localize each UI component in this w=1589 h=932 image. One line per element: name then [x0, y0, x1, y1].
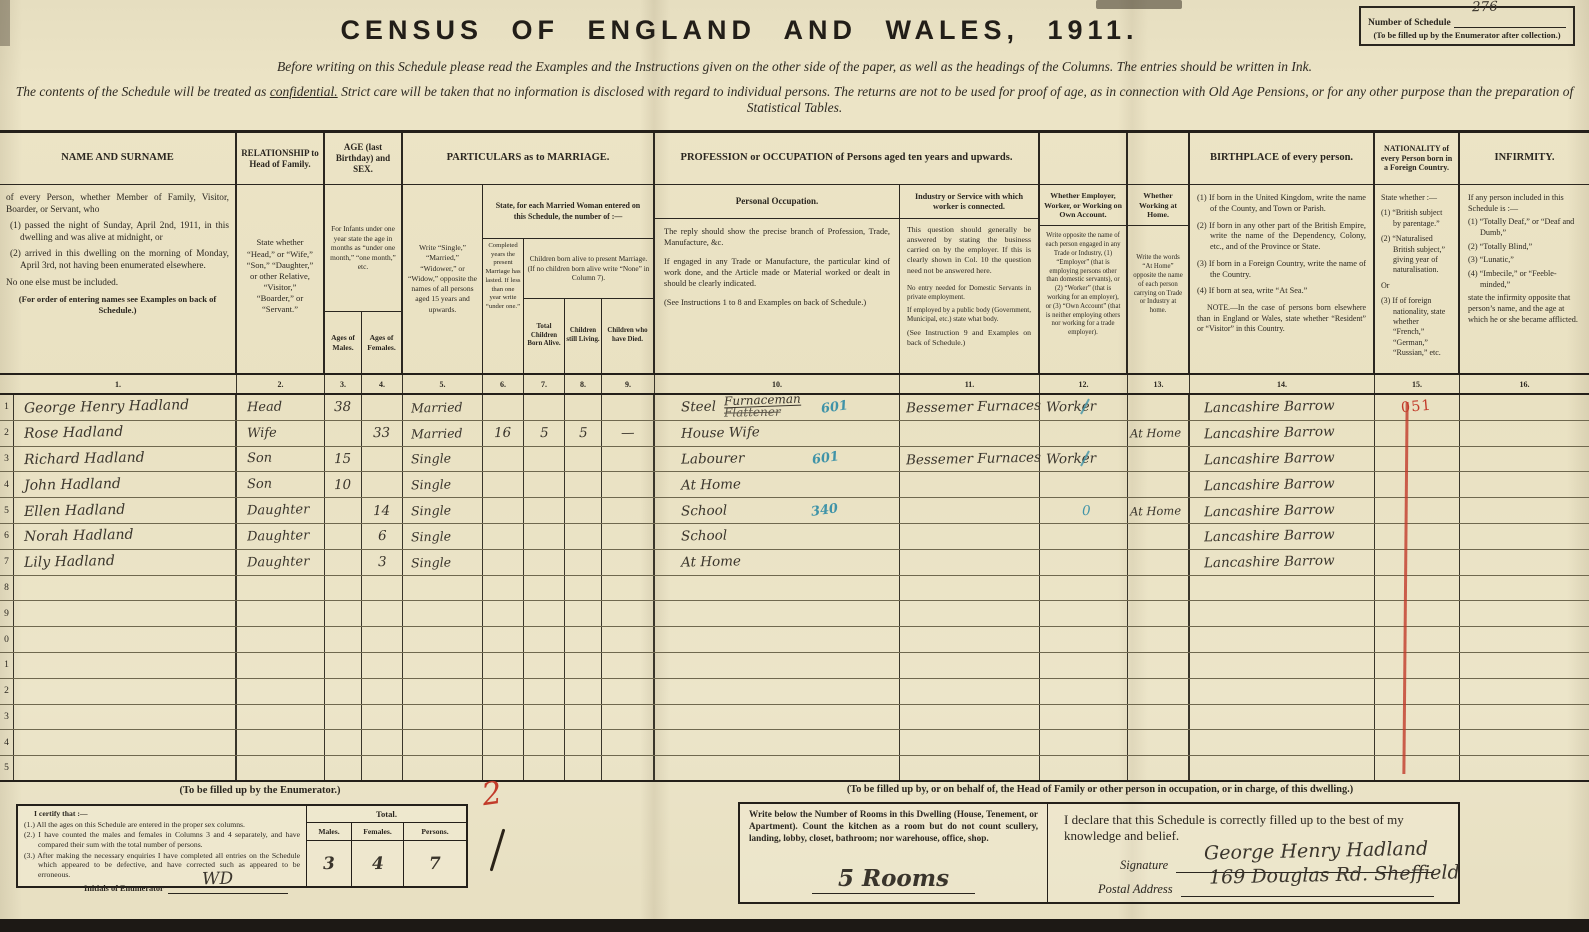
col-header-relationship: RELATIONSHIP to Head of Family. State wh… — [237, 133, 325, 373]
cell-children-died — [602, 524, 655, 549]
cell — [524, 679, 565, 704]
females-total: 4 — [352, 841, 404, 886]
certify-item-1: (1.) All the ages on this Schedule are e… — [24, 820, 300, 830]
rooms-entry: 5 Rooms — [812, 865, 975, 894]
cell-employment-status — [1040, 550, 1128, 575]
clerk-code-mark: 340 — [810, 501, 839, 520]
col-desc-occupation-p2: If engaged in any Trade or Manufacture, … — [664, 257, 890, 290]
cell-working-at-home — [1128, 550, 1190, 575]
col-desc-birthplace-1: (1) If born in the United Kingdom, write… — [1197, 193, 1366, 215]
cell — [362, 679, 403, 704]
cell-occupation: House Wife — [655, 421, 900, 446]
cell — [1040, 679, 1128, 704]
col-desc-nationality-intro: State whether :— — [1381, 193, 1452, 203]
cell — [14, 576, 237, 601]
cell — [900, 576, 1040, 601]
cell-children-born — [524, 472, 565, 497]
cell-age-male: 38 — [325, 395, 362, 420]
column-number: 7. — [524, 375, 565, 393]
col-subtitle-children-living: Children still Living. — [565, 299, 602, 373]
cell — [900, 756, 1040, 780]
cell — [524, 756, 565, 780]
employment-entry: 0 — [1082, 502, 1091, 518]
row-number: 5 — [0, 498, 14, 523]
cell — [655, 576, 900, 601]
cell — [362, 730, 403, 755]
marital-entry: Married — [403, 425, 463, 441]
row-number: 1 — [0, 395, 14, 420]
cell — [900, 653, 1040, 678]
cell — [1460, 627, 1589, 652]
col-desc-name-note1: No one else must be included. — [6, 278, 229, 290]
cell — [237, 576, 325, 601]
occupation-entry: School — [681, 528, 727, 545]
persons-total: 7 — [404, 841, 466, 886]
cell-industry — [900, 550, 1040, 575]
cell — [602, 730, 655, 755]
cell — [1040, 756, 1128, 780]
cell-employment-status — [1040, 472, 1128, 497]
col-title-relationship: RELATIONSHIP to Head of Family. — [237, 133, 323, 185]
cell — [524, 653, 565, 678]
relationship-entry: Head — [237, 399, 282, 415]
cell — [237, 627, 325, 652]
occupation-entry: House Wife — [681, 424, 760, 442]
cell — [655, 601, 900, 626]
cell-working-at-home — [1128, 524, 1190, 549]
cell-relationship: Daughter — [237, 524, 325, 549]
name-entry: Richard Hadland — [14, 450, 145, 469]
females-header: Females. — [352, 823, 404, 840]
table-row: 0 — [0, 627, 1589, 653]
cell — [483, 601, 524, 626]
cell-age-female: 6 — [362, 524, 403, 549]
table-row: 5 — [0, 756, 1589, 782]
col-desc-marriage-single: Write “Single,” “Married,” “Widower,” or… — [407, 243, 478, 315]
age-entry: 15 — [334, 451, 352, 467]
tally-stroke-mark — [490, 829, 506, 872]
cell-children-born — [524, 550, 565, 575]
occupation-entry: Steel — [681, 399, 716, 416]
col-desc-married-woman: State, for each Married Woman entered on… — [483, 185, 653, 239]
col-blank-band — [1128, 133, 1188, 185]
col-desc-nationality-1: (1) “British subject by parentage.” — [1381, 208, 1452, 229]
cell — [403, 756, 483, 780]
cell — [565, 627, 602, 652]
relationship-entry: Son — [237, 477, 272, 493]
bottom-section: (To be filled up by the Enumerator.) I c… — [0, 780, 1589, 919]
cell — [403, 730, 483, 755]
cell-nationality — [1375, 421, 1460, 446]
cell-name: John Hadland — [14, 472, 237, 497]
col-title-age: AGE (last Birthday) and SEX. — [325, 133, 401, 185]
table-row: 3 — [0, 705, 1589, 731]
cell — [325, 679, 362, 704]
column-number: 16. — [1460, 375, 1589, 393]
cell — [602, 653, 655, 678]
cell — [403, 627, 483, 652]
cell-children-died — [602, 550, 655, 575]
cell — [483, 730, 524, 755]
cell-age-female — [362, 472, 403, 497]
col-header-age: AGE (last Birthday) and SEX. For Infants… — [325, 133, 403, 373]
cell — [655, 756, 900, 780]
household-box: Write below the Number of Rooms in this … — [738, 802, 1460, 904]
occupation-entry: Labourer — [681, 450, 745, 467]
cell — [1460, 705, 1589, 730]
marital-entry: Single — [403, 451, 451, 467]
cell-employment-status — [1040, 421, 1128, 446]
cell-age-male — [325, 524, 362, 549]
cell-children-died — [602, 498, 655, 523]
cell — [1190, 576, 1375, 601]
cell-industry — [900, 498, 1040, 523]
row-number: 2 — [0, 679, 14, 704]
table-row: 4 — [0, 730, 1589, 756]
cell — [900, 705, 1040, 730]
cell — [237, 705, 325, 730]
cell-children-died — [602, 395, 655, 420]
table-header: NAME AND SURNAME of every Person, whethe… — [0, 133, 1589, 375]
cell — [602, 679, 655, 704]
col-desc-children-born: Children born alive to present Marriage.… — [524, 239, 653, 299]
cell-age-female — [362, 447, 403, 472]
relationship-entry: Son — [237, 451, 272, 467]
col-desc-infirmity-4: (4) “Imbecile,” or “Feeble-minded,” — [1468, 269, 1581, 290]
birthplace-entry: Lancashire Barrow — [1204, 398, 1335, 417]
marital-entry: Single — [403, 554, 451, 570]
column-number: 4. — [362, 375, 403, 393]
cell — [1460, 576, 1589, 601]
cell-age-female: 3 — [362, 550, 403, 575]
cell — [655, 653, 900, 678]
cell-children-born — [524, 498, 565, 523]
birthplace-entry: Lancashire Barrow — [1204, 553, 1335, 572]
age-entry: 14 — [373, 502, 391, 518]
col-desc-industry-p1: This question should generally be answer… — [907, 225, 1031, 276]
age-entry: 33 — [373, 425, 391, 441]
cell — [403, 705, 483, 730]
cell-employment-status: Worker — [1040, 395, 1128, 420]
page-title: CENSUS OF ENGLAND AND WALES, 1911. — [0, 0, 1534, 46]
cell-working-at-home: At Home — [1128, 498, 1190, 523]
cell-marital-status: Single — [403, 524, 483, 549]
cell-employment-status — [1040, 524, 1128, 549]
children-died-entry: — — [621, 425, 635, 441]
cell-industry: Bessemer Furnaces — [900, 447, 1040, 472]
cell — [1128, 576, 1190, 601]
cell-working-at-home: At Home — [1128, 421, 1190, 446]
col-desc-infirmity-intro: If any person included in this Schedule … — [1468, 193, 1581, 214]
enumerator-initials: WD — [202, 869, 234, 891]
cell — [1375, 653, 1460, 678]
cell — [362, 601, 403, 626]
cell — [483, 705, 524, 730]
red-count-mark: 2 — [480, 775, 505, 813]
col-desc-birthplace-2: (2) If born in any other part of the Bri… — [1197, 221, 1366, 253]
cell — [900, 627, 1040, 652]
occupation-entry: School — [681, 502, 727, 519]
bottom-scan-bar — [0, 919, 1589, 932]
cell — [602, 576, 655, 601]
cell-children-born — [524, 395, 565, 420]
row-number: 4 — [0, 472, 14, 497]
cell-occupation: Labourer601 — [655, 447, 900, 472]
cell-relationship: Head — [237, 395, 325, 420]
cell-working-at-home — [1128, 395, 1190, 420]
cell-nationality — [1375, 524, 1460, 549]
birthplace-entry: Lancashire Barrow — [1204, 501, 1335, 520]
address-entry: 169 Douglas Rd. Sheffield — [1208, 861, 1459, 888]
totals-title: Total. — [307, 806, 466, 823]
clerk-code-mark: 601 — [811, 450, 840, 469]
cell-industry — [900, 421, 1040, 446]
cell-birthplace: Lancashire Barrow — [1190, 498, 1375, 523]
cell — [1190, 705, 1375, 730]
schedule-number-note: (To be filled up by the Enumerator after… — [1368, 31, 1566, 41]
cell — [655, 730, 900, 755]
cell — [565, 756, 602, 780]
row-number: 8 — [0, 576, 14, 601]
column-number: 13. — [1128, 375, 1190, 393]
cell-relationship: Son — [237, 447, 325, 472]
col-desc-infirmity-outro: state the infirmity opposite that person… — [1468, 293, 1581, 325]
cell — [565, 653, 602, 678]
col-desc-name-note2: (For order of entering names see Example… — [6, 294, 229, 315]
cell — [1375, 730, 1460, 755]
col-desc-infirmity-2: (2) “Totally Blind,” — [1468, 242, 1581, 253]
cell — [900, 679, 1040, 704]
cell — [1128, 627, 1190, 652]
cell-working-at-home — [1128, 447, 1190, 472]
cell-name: George Henry Hadland — [14, 395, 237, 420]
cell — [565, 601, 602, 626]
col-desc-occupation-p3: (See Instructions 1 to 8 and Examples on… — [664, 298, 890, 309]
col-title-working-at-home: Whether Working at Home. — [1128, 191, 1188, 226]
col-title-marriage: PARTICULARS as to MARRIAGE. — [403, 133, 653, 185]
col-desc-birthplace-4: (4) If born at sea, write “At Sea.” — [1197, 286, 1366, 297]
cell-years-married — [483, 524, 524, 549]
relationship-entry: Daughter — [237, 502, 310, 519]
cell — [1460, 679, 1589, 704]
instruction-line-1: Before writing on this Schedule please r… — [0, 59, 1589, 75]
cell — [14, 653, 237, 678]
cell-children-living — [565, 524, 602, 549]
cell — [565, 576, 602, 601]
table-row: 5 Ellen Hadland Daughter 14 Single Schoo… — [0, 498, 1589, 524]
col-title-name: NAME AND SURNAME — [0, 133, 235, 185]
table-rows: 1 George Henry Hadland Head 38 Married S… — [0, 395, 1589, 782]
age-entry: 3 — [378, 554, 387, 570]
cell — [524, 601, 565, 626]
cell-marital-status: Single — [403, 472, 483, 497]
rooms-entry-wrap: 5 Rooms — [740, 864, 1047, 894]
cell-employment-status: Worker — [1040, 447, 1128, 472]
cell-years-married — [483, 447, 524, 472]
cell-nationality — [1375, 472, 1460, 497]
cell — [237, 653, 325, 678]
cell — [325, 756, 362, 780]
col-desc-age: For Infants under one year state the age… — [325, 185, 401, 311]
cell — [1040, 730, 1128, 755]
totals-table: Total. Males. Females. Persons. 3 4 7 — [306, 806, 466, 886]
cell — [565, 679, 602, 704]
col-header-working-at-home: Whether Working at Home. Write the words… — [1128, 133, 1190, 373]
schedule-number-value: 276 — [1472, 0, 1498, 15]
cell — [325, 601, 362, 626]
col-subtitle-children-born: Total Children Born Alive. — [524, 299, 565, 373]
cell — [1375, 576, 1460, 601]
col-subtitle-personal-occupation: Personal Occupation. — [655, 185, 899, 219]
cell-age-male — [325, 498, 362, 523]
cell — [1040, 576, 1128, 601]
col-desc-nationality-2: (2) “Naturalised British subject,” givin… — [1381, 234, 1452, 276]
relationship-entry: Daughter — [237, 528, 310, 545]
cell-working-at-home — [1128, 472, 1190, 497]
table-row: 2 — [0, 679, 1589, 705]
cell — [655, 627, 900, 652]
cell — [524, 627, 565, 652]
cell — [1190, 627, 1375, 652]
marital-entry: Single — [403, 477, 451, 493]
cell — [483, 576, 524, 601]
marital-entry: Single — [403, 503, 451, 519]
cell-age-female — [362, 395, 403, 420]
signature-entry: George Henry Hadland — [1204, 838, 1429, 865]
col-desc-name-item1: (1) passed the night of Sunday, April 2n… — [6, 221, 229, 244]
cell-infirmity — [1460, 498, 1589, 523]
row-number: 7 — [0, 550, 14, 575]
cell-age-female: 14 — [362, 498, 403, 523]
cell — [483, 627, 524, 652]
row-number: 3 — [0, 447, 14, 472]
cell-marital-status: Single — [403, 447, 483, 472]
col-desc-nationality-or: Or — [1381, 281, 1452, 291]
cell-occupation: SteelFurnacemanFlattener601 — [655, 395, 900, 420]
table-row: 7 Lily Hadland Daughter 3 Single At Home… — [0, 550, 1589, 576]
col-desc-infirmity-3: (3) “Lunatic,” — [1468, 255, 1581, 266]
col-desc-working-at-home: Write the words “At Home” opposite the n… — [1132, 232, 1184, 316]
cell-children-born: 5 — [524, 421, 565, 446]
cell — [1460, 653, 1589, 678]
col-header-nationality: NATIONALITY of every Person born in a Fo… — [1375, 133, 1460, 373]
cell-infirmity — [1460, 550, 1589, 575]
cell-years-married — [483, 395, 524, 420]
col-subtitle-ages-males: Ages of Males. — [325, 312, 362, 373]
column-number: 5. — [403, 375, 483, 393]
birthplace-entry: Lancashire Barrow — [1204, 527, 1335, 546]
col-desc-industry-p4: (See Instruction 9 and Examples on back … — [907, 328, 1031, 348]
table-row: 9 — [0, 601, 1589, 627]
column-number: 2. — [237, 375, 325, 393]
cell — [237, 601, 325, 626]
cell-relationship: Wife — [237, 421, 325, 446]
row-number: 4 — [0, 730, 14, 755]
certify-intro: I certify that :— — [34, 809, 300, 819]
marital-entry: Married — [403, 399, 463, 415]
name-entry: George Henry Hadland — [14, 398, 189, 418]
cell — [655, 705, 900, 730]
cell-name: Norah Hadland — [14, 524, 237, 549]
industry-entry: Bessemer Furnaces — [906, 450, 1041, 469]
cell — [602, 756, 655, 780]
cell — [1190, 601, 1375, 626]
cell-age-female: 33 — [362, 421, 403, 446]
cell — [1375, 756, 1460, 780]
cell — [1190, 679, 1375, 704]
age-entry: 6 — [378, 528, 387, 544]
col-desc-industry-p2: No entry needed for Domestic Servants in… — [907, 284, 1031, 302]
cell-years-married — [483, 550, 524, 575]
cell-nationality — [1375, 447, 1460, 472]
col-desc-occupation-p1: The reply should show the precise branch… — [664, 227, 890, 249]
age-entry: 10 — [334, 477, 352, 493]
cell-years-married — [483, 472, 524, 497]
cell — [900, 601, 1040, 626]
cell-children-living — [565, 447, 602, 472]
cell — [1190, 653, 1375, 678]
row-number: 6 — [0, 524, 14, 549]
age-entry: 38 — [334, 399, 352, 415]
cell — [524, 705, 565, 730]
schedule-number-label: Number of Schedule — [1368, 18, 1451, 28]
cell-age-male — [325, 421, 362, 446]
cell-infirmity — [1460, 421, 1589, 446]
cell-children-died: — — [602, 421, 655, 446]
cell-children-died — [602, 472, 655, 497]
col-desc-marriage-years: Completed years the present Marriage has… — [483, 239, 524, 373]
col-header-birthplace: BIRTHPLACE of every person. (1) If born … — [1190, 133, 1375, 373]
cell — [1375, 601, 1460, 626]
cell — [524, 730, 565, 755]
cell — [1460, 730, 1589, 755]
col-subtitle-children-died: Children who have Died. — [602, 299, 653, 373]
col-desc-name-intro: of every Person, whether Member of Famil… — [6, 193, 229, 216]
col-desc-birthplace-note: NOTE.—In the case of persons born elsewh… — [1197, 303, 1366, 334]
column-number: 14. — [1190, 375, 1375, 393]
instruction-2-confidential: confidential. — [270, 84, 338, 99]
cell-nationality — [1375, 550, 1460, 575]
cell-age-male: 15 — [325, 447, 362, 472]
cell-name: Ellen Hadland — [14, 498, 237, 523]
occupation-correction: FurnacemanFlattener — [724, 395, 801, 418]
cell-marital-status: Married — [403, 395, 483, 420]
cell — [655, 679, 900, 704]
col-header-employer: Whether Employer, Worker, or Working on … — [1040, 133, 1128, 373]
cell-birthplace: Lancashire Barrow — [1190, 395, 1375, 420]
cell-years-married: 16 — [483, 421, 524, 446]
children-living-entry: 5 — [579, 425, 588, 441]
cell — [403, 576, 483, 601]
clerk-code-mark: 601 — [820, 398, 849, 417]
column-number: 12. — [1040, 375, 1128, 393]
row-number: 1 — [0, 653, 14, 678]
cell-birthplace: Lancashire Barrow — [1190, 524, 1375, 549]
table-row: 4 John Hadland Son 10 Single At Home Lan… — [0, 472, 1589, 498]
table-row: 1 — [0, 653, 1589, 679]
cell — [900, 730, 1040, 755]
column-number: 9. — [602, 375, 655, 393]
cell-name: Rose Hadland — [14, 421, 237, 446]
col-desc-employer: Write opposite the name of each person e… — [1044, 232, 1122, 338]
cell-children-born — [524, 524, 565, 549]
col-desc-birthplace-3: (3) If born in a Foreign Country, write … — [1197, 259, 1366, 281]
instruction-2-pre: The contents of the Schedule will be tre… — [16, 84, 270, 99]
males-total: 3 — [307, 841, 352, 886]
cell-industry: Bessemer Furnaces — [900, 395, 1040, 420]
table-row: 2 Rose Hadland Wife 33 Married 16 5 5 — … — [0, 421, 1589, 447]
col-header-name: NAME AND SURNAME of every Person, whethe… — [0, 133, 237, 373]
